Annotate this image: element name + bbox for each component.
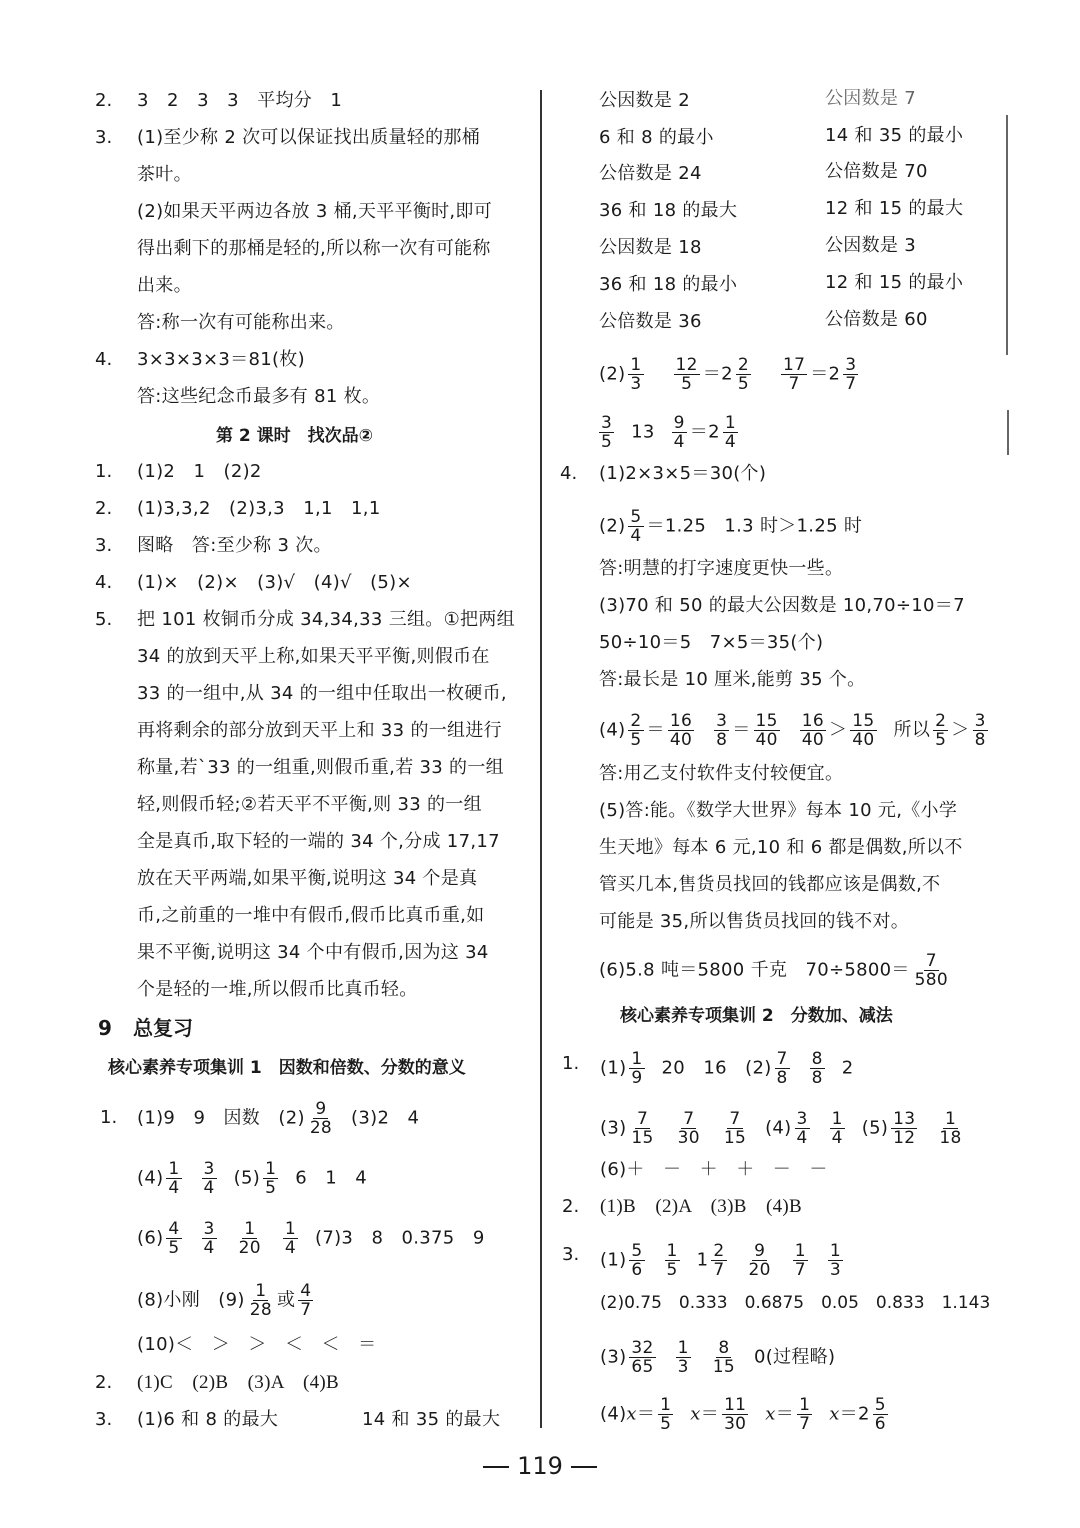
fraction: 56 xyxy=(873,1396,888,1433)
fraction: 34 xyxy=(202,1160,217,1197)
edge-mark xyxy=(1006,115,1008,355)
item-number: 1. xyxy=(562,1052,579,1076)
answer-line: 答:这些纪念币最多有 81 枚。 xyxy=(137,385,380,409)
answer-line: (6)453412014(7)3 8 0.375 9 xyxy=(137,1220,485,1257)
answer-line: (1)6 和 8 的最大 xyxy=(137,1408,278,1432)
grid-cell: 36 和 18 的最小 xyxy=(599,273,737,297)
answer-line: (1)1920 16 (2)78882 xyxy=(600,1050,854,1087)
item-number: 2. xyxy=(562,1195,579,1219)
fraction: 88 xyxy=(810,1050,825,1087)
grid-cell: 公倍数是 60 xyxy=(825,308,928,332)
fraction: 34 xyxy=(202,1220,217,1257)
fraction: 54 xyxy=(628,508,643,545)
item-number: 3. xyxy=(95,534,112,558)
answer-line: (3)70 和 50 的最大公因数是 10,70÷10＝7 xyxy=(599,594,965,618)
fraction: 47 xyxy=(298,1282,313,1319)
fraction: 15 xyxy=(665,1242,680,1279)
answer-line: (1)C (2)B (3)A (4)B xyxy=(137,1371,339,1395)
grid-cell: 公倍数是 24 xyxy=(599,162,702,186)
item-number: 3. xyxy=(95,126,112,150)
answer-line: (2)54＝1.25 1.3 时＞1.25 时 xyxy=(599,508,862,545)
fraction: 15 xyxy=(263,1160,278,1197)
grid-cell: 6 和 8 的最小 xyxy=(599,126,714,150)
item-number: 3. xyxy=(95,1408,112,1432)
training-title: 核心素养专项集训 1 因数和倍数、分数的意义 xyxy=(108,1056,466,1080)
answer-line: 称量,若`33 的一组重,则假币重,若 33 的一组 xyxy=(137,756,504,780)
item-number: 3. xyxy=(562,1243,579,1267)
answer-line: 出来。 xyxy=(137,274,192,298)
fraction: 38 xyxy=(714,712,729,749)
answer-line: 放在天平两端,如果平衡,说明这 34 个是真 xyxy=(137,867,477,891)
answer-line: 答:明慧的打字速度更快一些。 xyxy=(599,557,843,581)
fraction: 1640 xyxy=(668,712,694,749)
answer-line: 个是轻的一堆,所以假币比真币轻。 xyxy=(137,978,418,1002)
fraction: 94 xyxy=(672,414,687,451)
fraction: 177 xyxy=(781,356,807,393)
answer-line: 再将剩余的部分放到天平上和 33 的一组进行 xyxy=(137,719,502,743)
item-number: 1. xyxy=(100,1106,117,1130)
answer-line: (1)2×3×5＝30(个) xyxy=(599,462,766,486)
answer-line: (5)答:能。《数学大世界》每本 10 元,《小学 xyxy=(599,799,957,823)
answer-line: (1)× (2)× (3)√ (4)√ (5)× xyxy=(137,571,412,595)
fraction: 7580 xyxy=(913,952,950,989)
answer-line: 得出剩下的那桶是轻的,所以称一次有可能称 xyxy=(137,237,491,261)
fraction: 56 xyxy=(629,1242,644,1279)
fraction: 715 xyxy=(722,1110,748,1147)
grid-cell: 12 和 15 的最大 xyxy=(825,197,963,221)
answer-line: 33 的一组中,从 34 的一组中任取出一枚硬币, xyxy=(137,682,507,706)
fraction: 15 xyxy=(658,1396,673,1433)
grid-cell: 36 和 18 的最大 xyxy=(599,199,737,223)
fraction: 928 xyxy=(308,1100,334,1137)
answer-line: (2)0.75 0.333 0.6875 0.05 0.833 1.143 xyxy=(600,1291,990,1315)
fraction: 1312 xyxy=(891,1110,917,1147)
fraction: 13 xyxy=(676,1339,691,1376)
answer-line: 全是真币,取下轻的一端的 34 个,分成 17,17 xyxy=(137,830,500,854)
chapter-title: 总复习 xyxy=(133,1015,193,1041)
answer-line: (4)25＝164038＝15401640＞1540所以25＞38 xyxy=(599,712,991,749)
item-number: 1. xyxy=(95,460,112,484)
answer-line: (4)x＝15x＝1130x＝17x＝256 xyxy=(600,1396,891,1433)
fraction: 14 xyxy=(283,1220,298,1257)
item-number: 2. xyxy=(95,1371,112,1395)
fraction: 14 xyxy=(166,1160,181,1197)
fraction: 730 xyxy=(676,1110,702,1147)
item-number: 4. xyxy=(95,571,112,595)
answer-line: (4)1434(5)156 1 4 xyxy=(137,1160,367,1197)
fraction: 3265 xyxy=(629,1339,655,1376)
fraction: 78 xyxy=(775,1050,790,1087)
page-number: 119 xyxy=(517,1452,563,1480)
answer-line: 果不平衡,说明这 34 个中有假币,因为这 34 xyxy=(137,941,489,965)
fraction: 45 xyxy=(166,1220,181,1257)
fraction: 27 xyxy=(711,1242,726,1279)
fraction: 14 xyxy=(830,1110,845,1147)
section-title: 第 2 课时 找次品② xyxy=(216,424,373,448)
fraction: 17 xyxy=(793,1242,808,1279)
fraction: 25 xyxy=(628,712,643,749)
answer-line: 答:称一次有可能称出来。 xyxy=(137,311,345,335)
answer-line: 管买几本,售货员找回的钱都应该是偶数,不 xyxy=(599,873,940,897)
grid-cell: 公因数是 18 xyxy=(599,236,702,260)
answer-line: 轻,则假币轻;②若天平不平衡,则 33 的一组 xyxy=(137,793,482,817)
answer-line: (2)13125＝225177＝237 xyxy=(599,356,861,393)
fraction: 35 xyxy=(599,414,614,451)
grid-cell: 公倍数是 36 xyxy=(599,310,702,334)
answer-line: 图略 答:至少称 3 次。 xyxy=(137,534,332,558)
grid-cell: 公因数是 2 xyxy=(599,89,690,113)
answer-line: 把 101 枚铜币分成 34,34,33 三组。①把两组 xyxy=(137,608,515,632)
answer-line: 答:用乙支付软件支付较便宜。 xyxy=(599,762,843,786)
answer-line: (1)至少称 2 次可以保证找出质量轻的那桶 xyxy=(137,126,480,150)
grid-cell: 公因数是 7 xyxy=(825,87,916,111)
answer-line: (8)小刚 (9)128或47 xyxy=(137,1282,316,1319)
grid-cell: 公倍数是 70 xyxy=(825,160,928,184)
item-number: 2. xyxy=(95,89,112,113)
item-number: 4. xyxy=(95,348,112,372)
answer-line: (6)5.8 吨＝5800 千克 70÷5800＝7580 xyxy=(599,952,953,989)
fraction: 118 xyxy=(937,1110,963,1147)
answer-line: (1)9 9 因数 (2)928(3)2 4 xyxy=(137,1100,419,1137)
answer-line: (1)B (2)A (3)B (4)B xyxy=(600,1195,802,1219)
answer-line: 答:最长是 10 厘米,能剪 35 个。 xyxy=(599,668,865,692)
fraction: 920 xyxy=(747,1242,773,1279)
fraction: 13 xyxy=(628,356,643,393)
chapter-number: 9 xyxy=(98,1015,112,1041)
answer-line: (2)如果天平两边各放 3 桶,天平平衡时,即可 xyxy=(137,200,492,224)
item-number: 5. xyxy=(95,608,112,632)
fraction: 120 xyxy=(237,1220,263,1257)
column-divider xyxy=(540,90,542,1428)
fraction: 38 xyxy=(973,712,988,749)
fraction: 1130 xyxy=(722,1396,748,1433)
fraction: 17 xyxy=(797,1396,812,1433)
answer-line: 351394＝214 xyxy=(596,414,741,451)
answer-line: 3 2 3 3 平均分 1 xyxy=(137,89,342,113)
answer-line: (10)＜ ＞ ＞ ＜ ＜ ＝ xyxy=(137,1333,376,1357)
fraction: 125 xyxy=(674,356,700,393)
fraction: 25 xyxy=(736,356,751,393)
training-title: 核心素养专项集训 2 分数加、减法 xyxy=(620,1004,893,1028)
answer-line: (1)56151279201713 xyxy=(600,1242,846,1279)
edge-mark xyxy=(1007,410,1009,455)
fraction: 37 xyxy=(843,356,858,393)
answer-text: (3)2 4 xyxy=(351,1108,419,1129)
answer-line: (6)＋ － ＋ ＋ － － xyxy=(600,1158,828,1182)
answer-line: 可能是 35,所以售货员找回的钱不对。 xyxy=(599,910,909,934)
fraction: 1540 xyxy=(754,712,780,749)
answer-text: (1)9 9 因数 (2) xyxy=(137,1108,305,1129)
answer-line: (3)715730715(4)3414(5)1312118 xyxy=(600,1110,967,1147)
answer-line: 50÷10＝5 7×5＝35(个) xyxy=(599,631,823,655)
answer-line: (3)3265138150(过程略) xyxy=(600,1339,835,1376)
answer-line: (1)3,3,2 (2)3,3 1,1 1,1 xyxy=(137,497,381,521)
fraction: 715 xyxy=(629,1110,655,1147)
answer-line: 茶叶。 xyxy=(137,163,192,187)
answer-line: 34 的放到天平上称,如果天平平衡,则假币在 xyxy=(137,645,490,669)
grid-cell: 公因数是 3 xyxy=(825,234,916,258)
answer-line: 币,之前重的一堆中有假币,假币比真币重,如 xyxy=(137,904,484,928)
grid-cell: 14 和 35 的最小 xyxy=(825,124,963,148)
answer-line: (1)2 1 (2)2 xyxy=(137,460,262,484)
item-number: 4. xyxy=(560,462,577,486)
page-number-footer: 119 xyxy=(0,1452,1080,1480)
fraction: 13 xyxy=(828,1242,843,1279)
dash xyxy=(571,1466,597,1468)
fraction: 128 xyxy=(248,1282,274,1319)
item-number: 2. xyxy=(95,497,112,521)
fraction: 25 xyxy=(933,712,948,749)
fraction: 19 xyxy=(629,1050,644,1087)
answer-line: 14 和 35 的最大 xyxy=(362,1408,500,1432)
fraction: 34 xyxy=(795,1110,810,1147)
answer-line: 生天地》每本 6 元,10 和 6 都是偶数,所以不 xyxy=(599,836,963,860)
fraction: 1640 xyxy=(800,712,826,749)
fraction: 1540 xyxy=(850,712,876,749)
fraction: 14 xyxy=(723,414,738,451)
answer-line: 3×3×3×3＝81(枚) xyxy=(137,348,305,372)
answer-key-page: 2. 3 2 3 3 平均分 1 3. (1)至少称 2 次可以保证找出质量轻的… xyxy=(0,0,1080,1528)
fraction: 815 xyxy=(711,1339,737,1376)
grid-cell: 12 和 15 的最小 xyxy=(825,271,963,295)
dash xyxy=(483,1466,509,1468)
